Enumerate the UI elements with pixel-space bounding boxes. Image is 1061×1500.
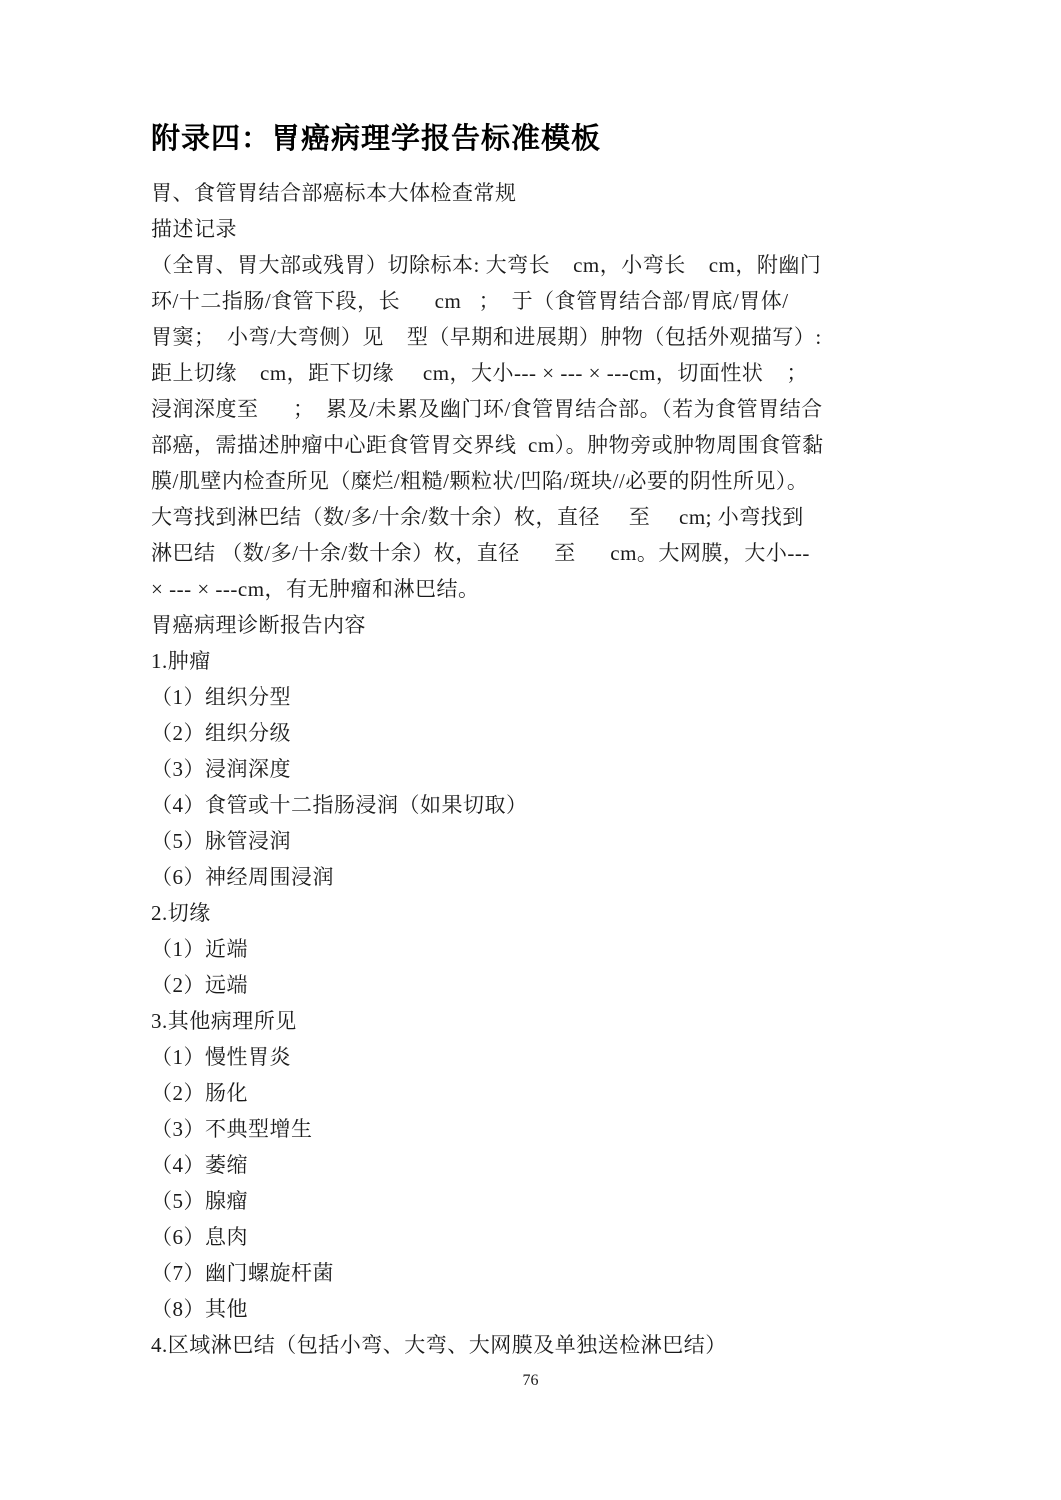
body-line: 胃窦； 小弯/大弯侧）见 型（早期和进展期）肿物（包括外观描写）: — [151, 319, 923, 355]
outline-item: （8）其他 — [151, 1291, 923, 1327]
outline-item: 2.切缘 — [151, 895, 923, 931]
body-line: 距上切缘 cm，距下切缘 cm，大小--- × --- × ---cm，切面性状… — [151, 355, 923, 391]
outline-item: （2）肠化 — [151, 1075, 923, 1111]
outline-item: 4.区域淋巴结（包括小弯、大弯、大网膜及单独送检淋巴结） — [151, 1327, 923, 1363]
body-line: × --- × ---cm，有无肿瘤和淋巴结。 — [151, 571, 923, 607]
outline-item: （4）萎缩 — [151, 1147, 923, 1183]
report-heading: 胃癌病理诊断报告内容 — [151, 607, 923, 643]
outline-item: 3.其他病理所见 — [151, 1003, 923, 1039]
outline-item: （2）远端 — [151, 967, 923, 1003]
body-line: 部癌，需描述肿瘤中心距食管胃交界线 cm）。肿物旁或肿物周围食管黏 — [151, 427, 923, 463]
page-title: 附录四：胃癌病理学报告标准模板 — [151, 118, 923, 160]
outline-item: （2）组织分级 — [151, 715, 923, 751]
document-content: 附录四：胃癌病理学报告标准模板 胃、食管胃结合部癌标本大体检查常规 描述记录 （… — [151, 118, 923, 1363]
section-heading: 胃、食管胃结合部癌标本大体检查常规 — [151, 175, 923, 211]
body-line: 大弯找到淋巴结（数/多/十余/数十余）枚，直径 至 cm; 小弯找到 — [151, 499, 923, 535]
outline-item: （6）息肉 — [151, 1219, 923, 1255]
body-line: 淋巴结 （数/多/十余/数十余）枚，直径 至 cm。大网膜，大小--- — [151, 535, 923, 571]
body-line: （全胃、胃大部或残胃）切除标本: 大弯长 cm，小弯长 cm，附幽门 — [151, 247, 923, 283]
outline-item: （1）近端 — [151, 931, 923, 967]
outline-item: （1）慢性胃炎 — [151, 1039, 923, 1075]
outline-item: （3）浸润深度 — [151, 751, 923, 787]
body-line: 浸润深度至 ； 累及/未累及幽门环/食管胃结合部。（若为食管胃结合 — [151, 391, 923, 427]
outline-item: （3）不典型增生 — [151, 1111, 923, 1147]
outline-item: （4）食管或十二指肠浸润（如果切取） — [151, 787, 923, 823]
page-number: 76 — [0, 1372, 1061, 1390]
document-page: 附录四：胃癌病理学报告标准模板 胃、食管胃结合部癌标本大体检查常规 描述记录 （… — [0, 0, 1061, 1500]
body-line: 环/十二指肠/食管下段，长 cm ； 于（食管胃结合部/胃底/胃体/ — [151, 283, 923, 319]
subheading: 描述记录 — [151, 211, 923, 247]
outline-item: （7）幽门螺旋杆菌 — [151, 1255, 923, 1291]
outline-item: （5）脉管浸润 — [151, 823, 923, 859]
outline-item: （1）组织分型 — [151, 679, 923, 715]
outline-item: （5）腺瘤 — [151, 1183, 923, 1219]
outline-item: （6）神经周围浸润 — [151, 859, 923, 895]
outline-item: 1.肿瘤 — [151, 643, 923, 679]
body-line: 膜/肌壁内检查所见（糜烂/粗糙/颗粒状/凹陷/斑块//必要的阴性所见）。 — [151, 463, 923, 499]
